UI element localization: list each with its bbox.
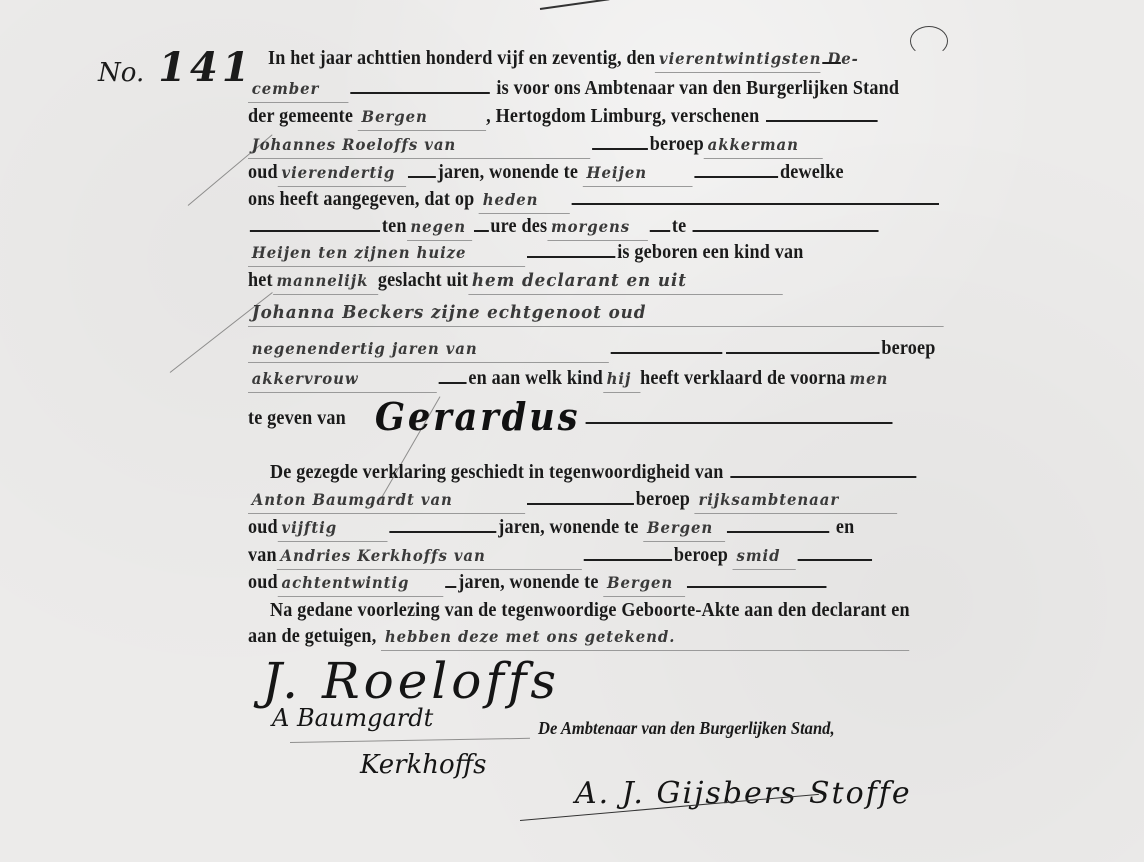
fill-rule xyxy=(527,256,615,258)
closing-line-2: aan de getuigen, hebben deze met ons get… xyxy=(248,624,909,650)
record-number-value: 141 xyxy=(158,44,254,91)
declarant-pronoun-handwritten: hij xyxy=(603,366,640,393)
date-day-handwritten: vierentwintigsten De- xyxy=(655,46,821,73)
line-6: ons heeft aangegeven, dat op heden xyxy=(248,187,941,213)
line-10: Johanna Beckers zijne echtgenoot oud xyxy=(248,300,944,326)
printed-text: oud xyxy=(248,572,278,593)
municipality-handwritten: Bergen xyxy=(358,104,486,131)
birth-daypart-handwritten: morgens xyxy=(547,214,647,241)
child-sex-handwritten: mannelijk xyxy=(273,268,378,295)
printed-text: en aan welk kind xyxy=(468,368,603,389)
printed-text: De gezegde verklaring geschiedt in tegen… xyxy=(270,462,723,483)
voornamen-suffix-handwritten: men xyxy=(846,369,892,388)
line-2: cember is voor ons Ambtenaar van den Bur… xyxy=(248,76,899,102)
official-signature: A. J. Gijsbers Stoffe xyxy=(575,776,912,811)
fill-rule xyxy=(823,62,842,64)
witness-2-line: vanAndries Kerkhoffs vanberoep smid xyxy=(248,543,874,569)
fill-rule xyxy=(439,382,467,384)
witness-1-line: Anton Baumgardt vanberoep rijksambtenaar xyxy=(248,487,897,513)
printed-text: beroep xyxy=(881,338,935,359)
line-8: Heijen ten zijnen huizeis geboren een ki… xyxy=(248,240,804,266)
line-5: oudvierendertigjaren, wonende te Heijend… xyxy=(248,160,844,186)
witness-1-residence-handwritten: Bergen xyxy=(643,515,725,542)
closing-handwritten: hebben deze met ons getekend. xyxy=(381,624,909,651)
printed-text: en xyxy=(836,517,855,538)
line-3: der gemeente Bergen, Hertogdom Limburg, … xyxy=(248,104,879,130)
fill-rule xyxy=(693,230,879,232)
printed-text: dewelke xyxy=(780,162,844,183)
fill-rule xyxy=(611,352,723,354)
birth-date-handwritten: heden xyxy=(479,187,570,214)
top-pen-stroke xyxy=(540,0,610,10)
printed-text: beroep xyxy=(636,489,690,510)
fill-rule xyxy=(727,531,829,533)
fill-rule xyxy=(730,476,916,478)
printed-text: jaren, wonende te xyxy=(438,162,578,183)
printed-text: Na gedane voorlezing van de tegenwoordig… xyxy=(270,600,910,621)
fill-rule xyxy=(350,92,490,94)
printed-text: der gemeente xyxy=(248,106,353,127)
fill-rule xyxy=(650,230,670,232)
fill-rule xyxy=(726,352,879,354)
witness-1-age-handwritten: vijftig xyxy=(278,515,388,542)
father-handwritten: hem declarant en uit xyxy=(468,268,782,295)
fill-rule xyxy=(527,503,634,505)
fill-rule xyxy=(766,120,878,122)
signature-underline xyxy=(290,738,530,743)
mother-handwritten: Johanna Beckers zijne echtgenoot oud xyxy=(248,300,944,327)
fill-rule xyxy=(572,203,939,205)
declarant-name-handwritten: Johannes Roeloffs van xyxy=(248,132,590,159)
fill-rule xyxy=(687,586,827,588)
printed-text: oud xyxy=(248,162,278,183)
declarant-occupation-handwritten: akkerman xyxy=(704,132,823,159)
date-month-handwritten: cember xyxy=(248,76,348,103)
witness-2-age-handwritten: achtentwintig xyxy=(278,570,444,597)
printed-text: van xyxy=(248,545,277,566)
witness-2-signature: Kerkhoffs xyxy=(360,750,486,780)
line-9: hetmannelijkgeslacht uithem declarant en… xyxy=(248,268,783,294)
printed-text: ons heeft aangegeven, dat op xyxy=(248,189,474,210)
printed-text: geslacht uit xyxy=(378,270,468,291)
fill-rule xyxy=(798,559,872,561)
fill-rule xyxy=(584,559,672,561)
witness-1-occupation-handwritten: rijksambtenaar xyxy=(695,487,898,514)
printed-text: is voor ons Ambtenaar van den Burgerlijk… xyxy=(496,78,899,99)
record-number: No.141 xyxy=(98,44,254,91)
printed-text: , Hertogdom Limburg, verschenen xyxy=(486,106,759,127)
birth-hour-handwritten: negen xyxy=(407,214,472,241)
witness-2-occupation-handwritten: smid xyxy=(733,543,796,570)
witness-2-name-handwritten: Andries Kerkhoffs van xyxy=(277,543,582,570)
margin-circle-mark xyxy=(910,26,948,56)
mother-age-handwritten: negenendertig jaren van xyxy=(248,336,609,363)
mother-occupation-handwritten: akkervrouw xyxy=(248,366,437,393)
fill-rule xyxy=(694,176,778,178)
printed-text: ten xyxy=(382,216,407,237)
declarant-age-handwritten: vierendertig xyxy=(278,160,406,187)
fill-rule xyxy=(445,586,456,588)
printed-text: beroep xyxy=(674,545,728,566)
witness-1-age-line: oudvijftigjaren, wonende te Bergen en xyxy=(248,515,854,541)
printed-text: te xyxy=(672,216,686,237)
closing-line-1: Na gedane voorlezing van de tegenwoordig… xyxy=(270,598,910,624)
printed-text: te geven van xyxy=(248,408,346,429)
declarant-residence-handwritten: Heijen xyxy=(583,160,693,187)
declarant-signature: J. Roeloffs xyxy=(262,652,560,710)
witness-1-name-handwritten: Anton Baumgardt van xyxy=(248,487,525,514)
printed-text: beroep xyxy=(650,134,704,155)
official-title: De Ambtenaar van den Burgerlijken Stand, xyxy=(538,718,835,739)
fill-rule xyxy=(408,176,436,178)
line-1: In het jaar achttien honderd vijf en zev… xyxy=(268,46,843,72)
printed-text: oud xyxy=(248,517,278,538)
fill-rule xyxy=(592,148,648,150)
line-4: Johannes Roeloffs vanberoepakkerman xyxy=(248,132,823,158)
line-13: te geven van Gerardus xyxy=(248,398,895,424)
child-given-name-handwritten: Gerardus xyxy=(371,394,584,439)
fill-rule xyxy=(250,230,380,232)
witness-2-age-line: oudachtentwintigjaren, wonende te Bergen xyxy=(248,570,828,596)
birth-place-handwritten: Heijen ten zijnen huize xyxy=(248,240,525,267)
printed-text: ure des xyxy=(490,216,547,237)
line-7: tennegenure desmorgenste xyxy=(248,214,881,240)
printed-text: het xyxy=(248,270,273,291)
printed-text: jaren, wonende te xyxy=(498,517,638,538)
witnesses-intro: De gezegde verklaring geschiedt in tegen… xyxy=(270,460,918,486)
fill-rule xyxy=(389,531,496,533)
witness-2-residence-handwritten: Bergen xyxy=(603,570,685,597)
printed-text: is geboren een kind van xyxy=(617,242,803,263)
birth-certificate-page: No.141 In het jaar achttien honderd vijf… xyxy=(0,0,1144,862)
witness-1-signature: A Baumgardt xyxy=(272,704,433,732)
fill-rule xyxy=(586,422,893,424)
line-12: akkervrouwen aan welk kindhijheeft verkl… xyxy=(248,366,892,392)
printed-text: In het jaar achttien honderd vijf en zev… xyxy=(268,48,655,69)
printed-text: aan de getuigen, xyxy=(248,626,376,647)
fill-rule xyxy=(474,230,489,232)
line-11: negenendertig jaren vanberoep xyxy=(248,336,936,362)
record-number-label: No. xyxy=(98,58,144,88)
printed-text: jaren, wonende te xyxy=(458,572,598,593)
printed-text: heeft verklaard de voorna xyxy=(640,368,846,389)
